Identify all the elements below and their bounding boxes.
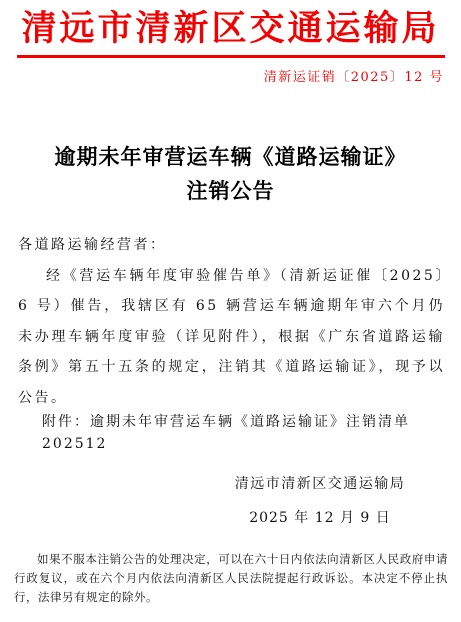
notice-title: 逾期未年审营运车辆《道路运输证》 注销公告 xyxy=(0,140,461,208)
signature-agency: 清远市清新区交通运输局 xyxy=(165,473,461,493)
notice-title-line2: 注销公告 xyxy=(0,174,461,208)
notice-body: 各道路运输经营者： 经《营运车辆年度审验催告单》（清新运证催〔2025〕6 号）… xyxy=(18,230,445,413)
signature-block: 清远市清新区交通运输局 2025 年 12 月 9 日 xyxy=(165,473,461,527)
attachment-line: 附件：逾期未年审营运车辆《道路运输证》注销清单 202512 xyxy=(42,411,452,455)
main-paragraph: 经《营运车辆年度审验催告单》（清新运证催〔2025〕6 号）催告，我辖区有 65… xyxy=(18,261,445,414)
notice-title-line1: 逾期未年审营运车辆《道路运输证》 xyxy=(0,140,461,174)
legal-notice-footer: 如果不服本注销公告的处理决定，可以在六十日内依法向清新区人民政府申请行政复议，或… xyxy=(14,550,448,607)
salutation: 各道路运输经营者： xyxy=(18,230,445,261)
notice-page: 清远市清新区交通运输局 清新运证销〔2025〕12 号 逾期未年审营运车辆《道路… xyxy=(0,0,461,622)
signature-date: 2025 年 12 月 9 日 xyxy=(165,507,461,527)
document-number: 清新运证销〔2025〕12 号 xyxy=(264,66,444,85)
red-divider-line xyxy=(17,55,445,58)
letterhead-agency-title: 清远市清新区交通运输局 xyxy=(0,1,461,51)
